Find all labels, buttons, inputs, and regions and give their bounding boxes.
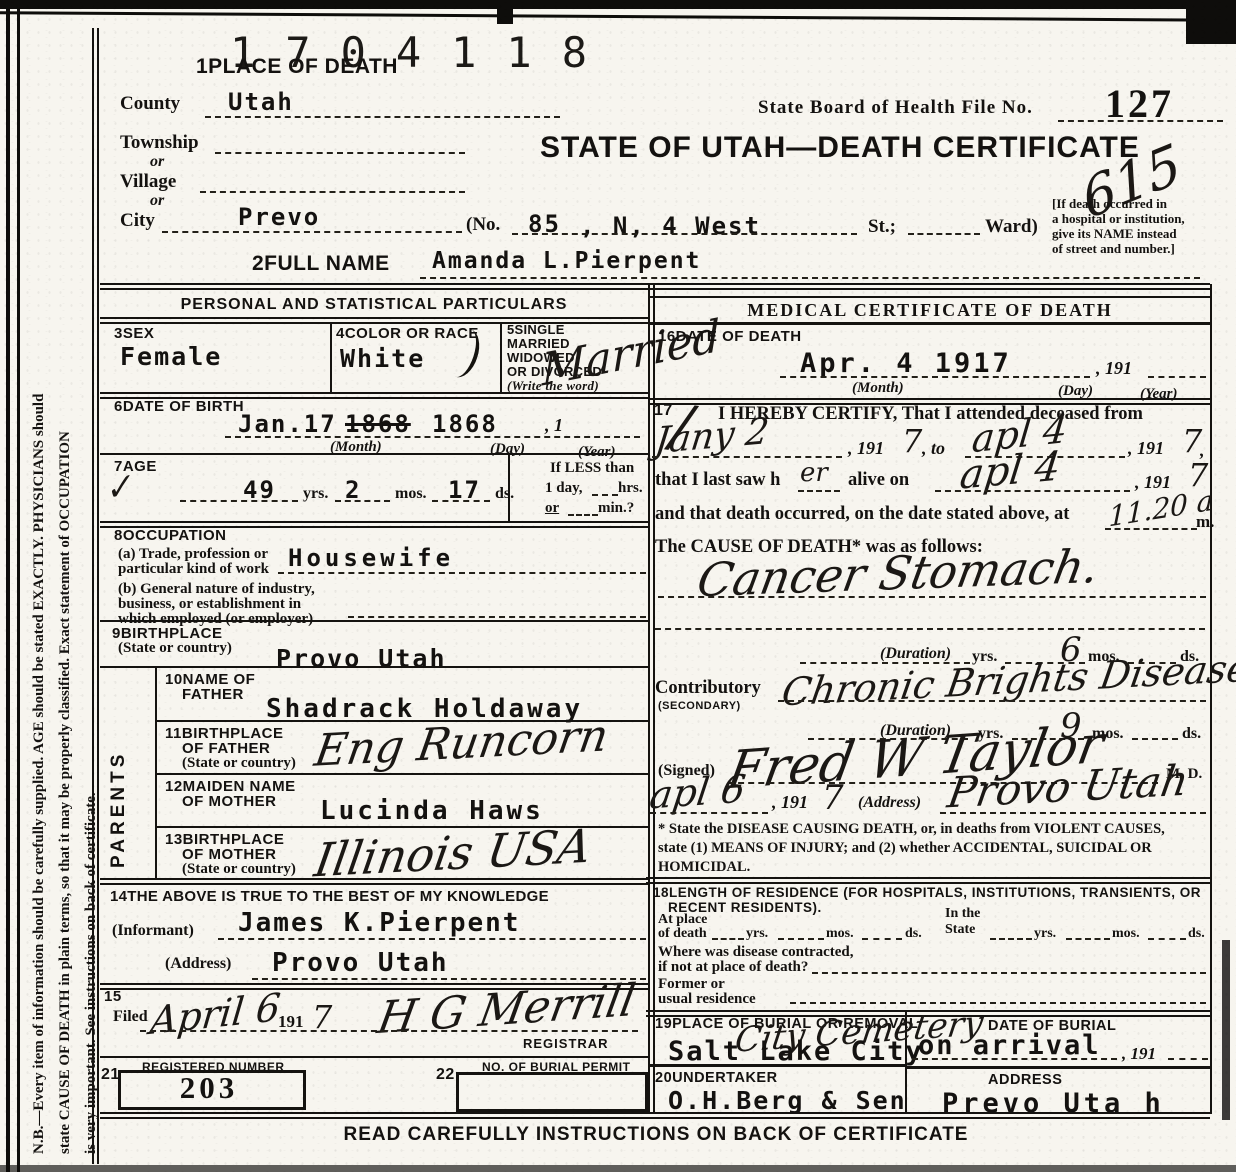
registered-number-value: 203	[118, 1070, 300, 1106]
contracted-label-2: if not at place of death?	[658, 959, 808, 976]
occupation-a-value: Housewife	[288, 544, 454, 572]
last-saw-line	[935, 490, 1130, 492]
in-state-label-1: In the	[945, 906, 980, 922]
last-saw-her-line	[798, 490, 840, 492]
township-line	[215, 152, 465, 154]
street-line	[512, 233, 857, 235]
less-than-min-label: min.?	[598, 500, 634, 517]
city-line	[162, 231, 462, 233]
undertaker-value: O.H.Berg & Sen	[668, 1086, 907, 1115]
statement-label: 14THE ABOVE IS TRUE TO THE BEST OF MY KN…	[110, 888, 549, 905]
or-label-2: or	[150, 192, 164, 210]
form-right-border	[1210, 284, 1212, 1114]
dod-line	[780, 376, 1090, 378]
age-ds-label: ds.	[495, 485, 514, 503]
dod-value: Apr. 4 1917	[800, 348, 1012, 379]
dob-struck-value: 1868	[345, 410, 411, 438]
rule-burial-place	[650, 1064, 905, 1067]
full-name-line	[420, 277, 1200, 279]
birthplace-value: Provo Utah	[276, 644, 447, 673]
sex-value: Female	[120, 342, 222, 371]
filed-year-print: 191	[278, 1012, 304, 1032]
father-bp-label-3: (State or country)	[182, 755, 296, 772]
burial-date-line	[912, 1058, 1117, 1060]
duration1-label: (Duration)	[880, 645, 951, 663]
certificate-title: STATE OF UTAH—DEATH CERTIFICATE	[540, 131, 1140, 165]
village-line	[200, 191, 465, 193]
dod-year-print: , 191	[1096, 358, 1132, 379]
age-line-1	[180, 500, 298, 502]
filed-label: Filed	[113, 1008, 148, 1026]
rule-row-bp-bottom	[100, 666, 648, 668]
sex-label: 3SEX	[114, 325, 154, 342]
informant-address-label: (Address)	[165, 955, 231, 973]
less-than-line-1	[592, 494, 618, 496]
last-saw-year-print: , 191	[1135, 472, 1171, 493]
duration2-line-3	[1132, 738, 1178, 740]
informant-line	[218, 938, 646, 940]
former-line	[790, 1002, 1206, 1004]
mother-bp-label-3: (State or country)	[182, 861, 296, 878]
death-certificate-scan: N.B.—Every item of information should be…	[0, 0, 1236, 1172]
street-value: , N, 4 West	[580, 212, 761, 240]
burial-permit-num: 22	[436, 1066, 455, 1084]
burial-place-value: Salt Lake City	[668, 1036, 924, 1067]
at-place-ds: ds.	[905, 926, 922, 942]
burial-permit-box	[456, 1072, 648, 1112]
at-place-mos: mos.	[826, 926, 854, 942]
medical-section-title: MEDICAL CERTIFICATE OF DEATH	[650, 300, 1210, 321]
at-place-line-2	[778, 938, 824, 940]
informant-value: James K.Pierpent	[238, 908, 520, 938]
contracted-line	[812, 972, 1206, 974]
death-time-line	[1105, 528, 1197, 530]
cause-footnote: * State the DISEASE CAUSING DEATH, or, i…	[658, 820, 1213, 877]
attended-from-year-handwritten: 7	[902, 422, 922, 460]
informant-label: (Informant)	[112, 922, 194, 940]
last-saw-her-handwritten: er	[800, 458, 828, 488]
dob-label: 6DATE OF BIRTH	[114, 398, 244, 415]
less-than-label-2: 1 day,	[545, 480, 583, 497]
parents-label: PARENTS	[108, 688, 130, 868]
parents-divider	[155, 666, 157, 878]
cert-num: 17	[654, 402, 673, 420]
to-label: , to	[922, 438, 945, 459]
attended-year-print-2: , 191	[1128, 438, 1164, 459]
attended-year-print-1: , 191	[848, 438, 884, 459]
file-no-label: State Board of Health File No.	[758, 97, 1033, 119]
age-line-2	[335, 500, 390, 502]
in-state-label-2: State	[945, 922, 975, 938]
rule-medical-title-top	[650, 296, 1210, 298]
in-state-line-3	[1148, 938, 1186, 940]
age-yrs-label: yrs.	[303, 485, 328, 503]
ward-label: Ward)	[985, 216, 1038, 238]
rule-row-occ-bottom	[100, 620, 648, 622]
age-line-3	[432, 500, 490, 502]
signed-date-handwritten: apl 6	[647, 766, 748, 817]
cell-divider-sex-race	[330, 322, 332, 392]
st-label: St.;	[868, 216, 896, 238]
footnote-line: state (1) MEANS OF INJURY; and (2) wheth…	[658, 839, 1213, 858]
place-of-death-label: 1PLACE OF DEATH	[196, 55, 398, 79]
st-line	[908, 233, 980, 235]
city-label: City	[120, 210, 155, 232]
last-saw-label-2: alive on	[848, 470, 909, 491]
at-place-line-3	[862, 938, 902, 940]
rule-footnote-bottom	[646, 877, 1210, 884]
race-value: White	[340, 344, 425, 373]
signed-address-label: (Address)	[858, 794, 921, 812]
death-occurred-label: and that death occurred, on the date sta…	[655, 504, 1069, 525]
at-place-yrs: yrs.	[746, 926, 768, 942]
rule-medical-title-bottom	[650, 322, 1210, 325]
occupation-b-line	[348, 616, 646, 618]
footnote-line: * State the DISEASE CAUSING DEATH, or, i…	[658, 820, 1213, 839]
in-state-yrs: yrs.	[1034, 926, 1056, 942]
filed-num: 15	[104, 988, 122, 1005]
cause-line-2	[655, 628, 1205, 630]
informant-address-value: Provo Utah	[272, 948, 449, 978]
age-mos-label: mos.	[395, 485, 427, 503]
full-name-value: Amanda L.Pierpent	[432, 248, 701, 274]
hospital-note-line: a hospital or institution,	[1052, 211, 1227, 226]
street-no-label: (No.	[466, 214, 500, 236]
scan-corner-top-right	[1186, 0, 1236, 44]
contributory-label: Contributory	[655, 678, 761, 699]
cause-line-1	[658, 596, 1206, 598]
scan-blob-top	[497, 0, 513, 24]
in-state-mos: mos.	[1112, 926, 1140, 942]
footnote-line: HOMICIDAL.	[658, 858, 1213, 877]
rule-parents-bottom	[100, 878, 648, 885]
less-than-or-label: or	[545, 500, 559, 517]
signed-year-print: , 191	[772, 792, 808, 813]
dod-month-label: (Month)	[852, 380, 904, 397]
city-value: Prevo	[238, 203, 320, 231]
hospital-note: [If death occurred in a hospital or inst…	[1052, 196, 1227, 256]
county-line	[205, 116, 560, 118]
county-value: Utah	[228, 88, 294, 116]
scan-edge-top	[0, 0, 1236, 9]
in-state-line-2	[1066, 938, 1110, 940]
scan-edge-left-inner	[17, 0, 20, 1172]
village-label: Village	[120, 171, 176, 193]
filed-line	[140, 1030, 638, 1032]
occupation-a-line	[278, 572, 646, 574]
county-label: County	[120, 93, 180, 115]
contributory-value-handwritten: Chronic Brights Disease	[779, 646, 1236, 715]
burial-year-line	[1168, 1058, 1208, 1060]
occupation-a-label-2: particular kind of work	[118, 561, 269, 578]
mother-name-value: Lucinda Haws	[320, 796, 544, 826]
cell-divider-age-less	[508, 455, 510, 521]
form-left-border	[92, 28, 99, 1164]
duration2-ds-label: ds.	[1182, 725, 1201, 743]
cell-divider-race-marital	[500, 322, 502, 392]
rule-father-bp	[155, 773, 648, 775]
file-no-line	[1058, 120, 1223, 122]
less-than-label-1: If LESS than	[550, 460, 634, 477]
dod-year-line	[1148, 376, 1206, 378]
signed-address-line	[940, 812, 1206, 814]
hospital-note-line: give its NAME instead	[1052, 226, 1227, 241]
last-saw-label-1: that I last saw h	[655, 470, 780, 491]
dob-line	[225, 436, 640, 438]
rule-row-dob-bottom	[100, 453, 648, 455]
township-label: Township	[120, 132, 199, 154]
dod-label: 16DATE OF DEATH	[658, 328, 802, 345]
rule-filed-bottom	[100, 1056, 648, 1058]
footer-instruction: READ CAREFULLY INSTRUCTIONS ON BACK OF C…	[100, 1124, 1212, 1146]
secondary-label: (SECONDARY)	[658, 700, 741, 712]
registrar-label: REGISTRAR	[523, 1036, 609, 1051]
birthplace-sub-label: (State or country)	[118, 640, 232, 657]
full-name-label: 2FULL NAME	[252, 252, 390, 276]
burial-year-print: , 191	[1122, 1044, 1156, 1064]
margin-line-1: N.B.—Every item of information should be…	[26, 29, 52, 1154]
scan-edge-left-outer	[6, 0, 10, 1172]
undertaker-address-value: Prevo Uta h	[942, 1088, 1165, 1119]
dob-suffix: , 1	[545, 415, 563, 436]
rule-header-bottom	[100, 283, 1210, 290]
margin-line-2: state CAUSE OF DEATH in plain terms, so …	[52, 29, 78, 1154]
contributory-line	[778, 700, 1206, 702]
father-name-label-2: FATHER	[182, 686, 244, 703]
in-state-ds: ds.	[1188, 926, 1205, 942]
personal-section-title: PERSONAL AND STATISTICAL PARTICULARS	[100, 296, 648, 314]
filed-date-handwritten: April 6	[148, 985, 282, 1043]
at-place-label-2: of death	[658, 926, 707, 942]
registered-number-num: 21	[101, 1066, 120, 1084]
burial-date-value: on arrival	[918, 1030, 1101, 1061]
former-label-2: usual residence	[658, 991, 756, 1008]
less-than-hrs-label: hrs.	[618, 480, 643, 497]
certify-text: I HEREBY CERTIFY, That I attended deceas…	[718, 404, 1143, 425]
dob-value: Jan.17	[238, 410, 337, 438]
rule-burial-bottom	[905, 1066, 1210, 1069]
dob-year-value: 1868	[432, 410, 498, 438]
mother-name-label-2: OF MOTHER	[182, 793, 277, 810]
hospital-note-line: [If death occurred in	[1052, 196, 1227, 211]
scan-edge-right	[1222, 940, 1230, 1120]
scan-edge-bottom	[0, 1165, 1236, 1172]
scan-edge-top-line	[0, 11, 1236, 22]
undertaker-label: 20UNDERTAKER	[655, 1070, 778, 1086]
signed-date-line	[650, 812, 768, 814]
at-place-line-1	[712, 938, 744, 940]
residence-label-1: 18LENGTH OF RESIDENCE (FOR HOSPITALS, IN…	[653, 885, 1201, 900]
death-time-m-label: m.	[1196, 512, 1214, 532]
signed-year-handwritten: 7	[822, 778, 844, 818]
hospital-note-line: of street and number.]	[1052, 241, 1227, 256]
less-than-line-2	[568, 514, 598, 516]
undertaker-address-label: ADDRESS	[988, 1072, 1062, 1088]
occupation-label: 8OCCUPATION	[114, 527, 226, 544]
in-state-line-1	[990, 938, 1032, 940]
or-label-1: or	[150, 153, 164, 171]
